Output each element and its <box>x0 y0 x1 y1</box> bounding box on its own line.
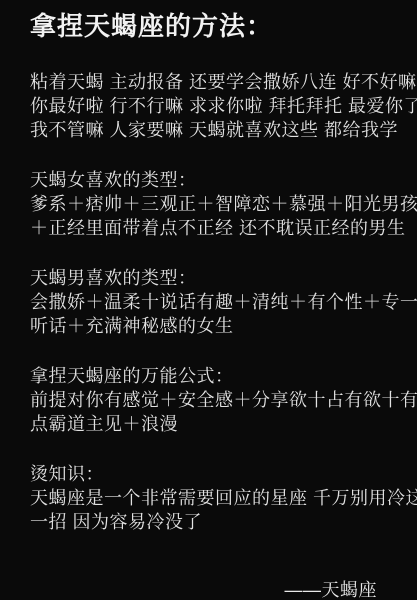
section-heading: 烫知识： <box>30 462 395 486</box>
intro-paragraph: 粘着天蝎 主动报备 还要学会撒娇八连 好不好嘛 你最好啦 行不行嘛 求求你啦 拜… <box>30 70 395 142</box>
scorpio-female-types-section: 天蝎女喜欢的类型： 爹系＋痞帅＋三观正＋智障恋＋慕强＋阳光男孩 ＋正经里面带着点… <box>30 168 395 240</box>
text-line: 天蝎座是一个非常需要回应的星座 千万别用冷这 <box>30 486 395 510</box>
text-line: 爹系＋痞帅＋三观正＋智障恋＋慕强＋阳光男孩 <box>30 192 395 216</box>
text-line: 听话＋充满神秘感的女生 <box>30 314 395 338</box>
scorpio-male-types-section: 天蝎男喜欢的类型： 会撒娇＋温柔十说话有趣＋清纯＋有个性＋专一 听话＋充满神秘感… <box>30 266 395 338</box>
text-line: 点霸道主见＋浪漫 <box>30 412 395 436</box>
text-line: 会撒娇＋温柔十说话有趣＋清纯＋有个性＋专一 <box>30 290 395 314</box>
text-line: 一招 因为容易冷没了 <box>30 510 395 534</box>
text-line: 粘着天蝎 主动报备 还要学会撒娇八连 好不好嘛 <box>30 70 395 94</box>
section-heading: 天蝎女喜欢的类型： <box>30 168 395 192</box>
section-heading: 天蝎男喜欢的类型： <box>30 266 395 290</box>
text-line: 前提对你有感觉＋安全感＋分享欲十占有欲十有 <box>30 388 395 412</box>
page-title: 拿捏天蝎座的方法： <box>30 12 395 42</box>
scorpio-text-card: 拿捏天蝎座的方法： 粘着天蝎 主动报备 还要学会撒娇八连 好不好嘛 你最好啦 行… <box>0 0 417 600</box>
signature: ——天蝎座 <box>30 576 395 600</box>
text-line: 我不管嘛 人家要嘛 天蝎就喜欢这些 都给我学 <box>30 118 395 142</box>
text-line: 你最好啦 行不行嘛 求求你啦 拜托拜托 最爱你了 <box>30 94 395 118</box>
text-line: ＋正经里面带着点不正经 还不耽误正经的男生 <box>30 216 395 240</box>
universal-formula-section: 拿捏天蝎座的万能公式： 前提对你有感觉＋安全感＋分享欲十占有欲十有 点霸道主见＋… <box>30 364 395 436</box>
section-heading: 拿捏天蝎座的万能公式： <box>30 364 395 388</box>
hot-knowledge-section: 烫知识： 天蝎座是一个非常需要回应的星座 千万别用冷这 一招 因为容易冷没了 <box>30 462 395 534</box>
